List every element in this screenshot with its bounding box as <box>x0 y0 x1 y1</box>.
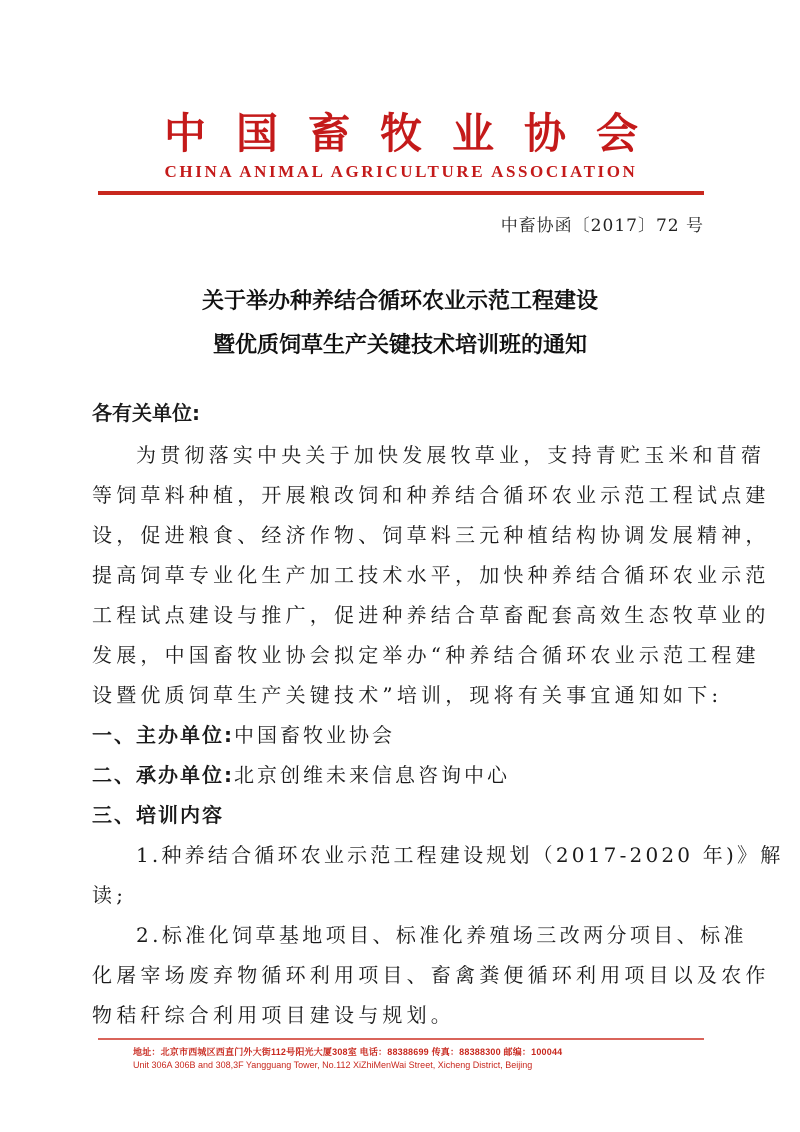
section-label: 一、主办单位: <box>92 723 234 747</box>
paragraph-line: 物秸秆综合利用项目建设与规划。 <box>92 995 712 1035</box>
footer-divider <box>98 1038 704 1040</box>
letterhead-org-name-en: CHINA ANIMAL AGRICULTURE ASSOCIATION <box>98 162 704 182</box>
paragraph-line: 发展，中国畜牧业协会拟定举办“种养结合循环农业示范工程建 <box>92 635 712 675</box>
header-divider <box>98 191 704 195</box>
footer-contact: 地址：北京市西城区西直门外大街112号阳光大厦308室 电话：88388699 … <box>133 1046 562 1072</box>
paragraph-line: 等饲草料种植，开展粮改饲和种养结合循环农业示范工程试点建 <box>92 475 712 515</box>
paragraph-line: 2.标准化饲草基地项目、标准化养殖场三改两分项目、标准 <box>92 915 712 955</box>
paragraph-line: 化屠宰场废弃物循环利用项目、畜禽粪便循环利用项目以及农作 <box>92 955 712 995</box>
section-value: 北京创维未来信息咨询中心 <box>234 763 510 787</box>
paragraph-line: 1.种养结合循环农业示范工程建设规划（2017-2020 年)》解 <box>92 835 712 875</box>
section-value: 中国畜牧业协会 <box>234 723 395 747</box>
title-line-1: 关于举办种养结合循环农业示范工程建设 <box>60 280 740 324</box>
paragraph-line: 设暨优质饲草生产关键技术”培训，现将有关事宜通知如下: <box>92 675 712 715</box>
letterhead-org-name-cn: 中国畜牧业协会 <box>98 108 704 160</box>
document-body: 各有关单位: 为贯彻落实中央关于加快发展牧草业，支持青贮玉米和苜蓿 等饲草料种植… <box>92 393 712 1035</box>
section-training-content: 三、培训内容 <box>92 795 712 835</box>
intro-paragraph: 为贯彻落实中央关于加快发展牧草业，支持青贮玉米和苜蓿 等饲草料种植，开展粮改饲和… <box>92 435 712 715</box>
footer-address-cn: 地址：北京市西城区西直门外大街112号阳光大厦308室 电话：88388699 … <box>133 1046 562 1059</box>
training-item-1: 1.种养结合循环农业示范工程建设规划（2017-2020 年)》解 读; <box>92 835 712 915</box>
paragraph-line: 工程试点建设与推广，促进种养结合草畜配套高效生态牧草业的 <box>92 595 712 635</box>
paragraph-line: 读; <box>92 875 712 915</box>
paragraph-line: 为贯彻落实中央关于加快发展牧草业，支持青贮玉米和苜蓿 <box>92 435 712 475</box>
section-label: 三、培训内容 <box>92 803 224 827</box>
document-title: 关于举办种养结合循环农业示范工程建设 暨优质饲草生产关键技术培训班的通知 <box>60 280 740 368</box>
training-item-2: 2.标准化饲草基地项目、标准化养殖场三改两分项目、标准 化屠宰场废弃物循环利用项… <box>92 915 712 1035</box>
paragraph-line: 设，促进粮食、经济作物、饲草料三元种植结构协调发展精神， <box>92 515 712 555</box>
salutation: 各有关单位: <box>92 393 712 433</box>
title-line-2: 暨优质饲草生产关键技术培训班的通知 <box>60 324 740 368</box>
document-number: 中畜协函〔2017〕72 号 <box>501 213 704 239</box>
footer-address-en: Unit 306A 306B and 308,3F Yangguang Towe… <box>133 1059 562 1072</box>
paragraph-line: 提高饲草专业化生产加工技术水平，加快种养结合循环农业示范 <box>92 555 712 595</box>
section-label: 二、承办单位: <box>92 763 234 787</box>
section-organizer: 一、主办单位:中国畜牧业协会 <box>92 715 712 755</box>
section-co-organizer: 二、承办单位:北京创维未来信息咨询中心 <box>92 755 712 795</box>
